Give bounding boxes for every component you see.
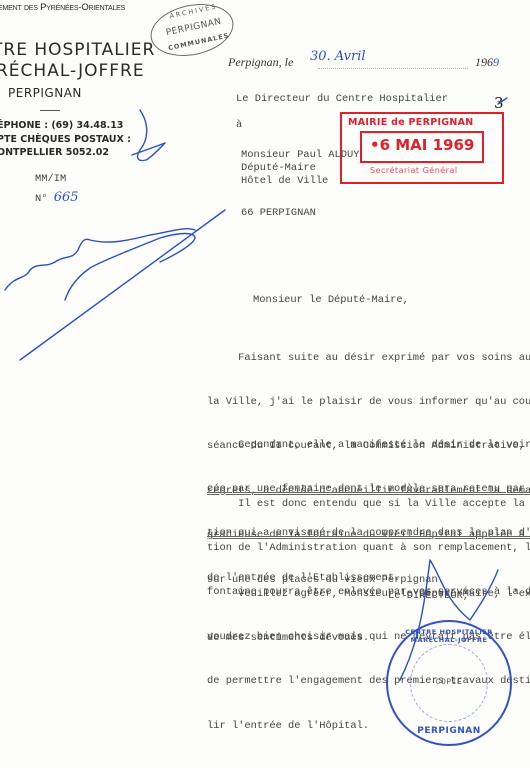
recipient-city: 66 PERPIGNAN [241,207,316,219]
letterhead-divider [40,110,60,111]
archives-stamp: ARCHIVES PERPIGNAN COMMUNALES [146,0,239,63]
text-line: Faisant suite au désir exprimé par vos s… [207,351,530,366]
seal-bottom-text: PERPIGNAN [388,726,510,736]
telephone: ÉPHONE : (69) 34.48.13 [0,120,123,131]
number-handwritten: 665 [54,190,79,205]
hospital-city: PERPIGNAN [8,86,82,100]
text-line: Veuillez agréer, Monsieur le Député-Mair… [207,587,530,602]
archives-stamp-top: ARCHIVES [169,2,218,20]
to-word: à [236,119,242,131]
recipient-name: Monsieur Paul ALDUY [241,149,359,162]
sender-line: Le Directeur du Centre Hospitalier [236,93,448,105]
mairie-stamp-office: Secrétariat Général [370,166,458,175]
year-printed: 196 [475,55,493,69]
hospital-name-line2: RÉCHAL-JOFFRE [0,61,145,81]
mairie-stamp-title: MAIRIE de PERPIGNAN [348,117,474,128]
diagonal-line-icon [20,210,225,360]
mairie-stamp-date-box: •6 MAI 1969 [360,131,484,163]
text-line: tion de l'Administration quant à son rem… [207,541,530,556]
recipient-title: Député-Maire [241,162,359,175]
recipient-address: Monsieur Paul ALDUY Député-Maire Hôtel d… [241,149,359,188]
postal-account-number: ONTPELLIER 5052.02 [0,147,109,158]
reference-number: N° 665 [35,190,79,205]
date-handwritten: 30. Avril [310,49,366,64]
mairie-stamp-date: •6 MAI 1969 [370,136,474,154]
seal-center-text: COPIE [388,678,510,687]
postal-account-label: PTE CHÈQUES POSTAUX : [0,134,131,145]
number-prefix: N° [35,193,47,205]
mairie-received-stamp: MAIRIE de PERPIGNAN •6 MAI 1969 Secrétar… [340,112,504,184]
initial-mark-icon [132,110,165,161]
hospital-seal: CENTRE HOSPITALIER MARÉCHAL-JOFFRE COPIE… [386,620,512,746]
text-line: Cependant, elle a manifesté le désir de … [207,438,530,453]
reference-initials: MM/IM [35,173,66,185]
year-handwritten: 9 [493,55,499,69]
margin-signature-icon [5,229,195,300]
text-line: Il est donc entendu que si la Ville acce… [207,497,530,512]
salutation: Monsieur le Député-Maire, [253,294,409,306]
recipient-building: Hôtel de Ville [241,175,359,188]
department-label: ement des Pyrénées-Orientales [0,2,125,13]
dateline-year: 1969 [475,55,499,70]
dateline-place: Perpignan, le [228,55,293,70]
hospital-name-line1: TRE HOSPITALIER [0,40,155,60]
folio-number: 3 [494,94,504,112]
date-dotted-line [318,68,468,69]
signature-title: Le DIRECTEUR, [388,590,469,602]
seal-top-text: CENTRE HOSPITALIER MARÉCHAL-JOFFRE [388,628,510,644]
